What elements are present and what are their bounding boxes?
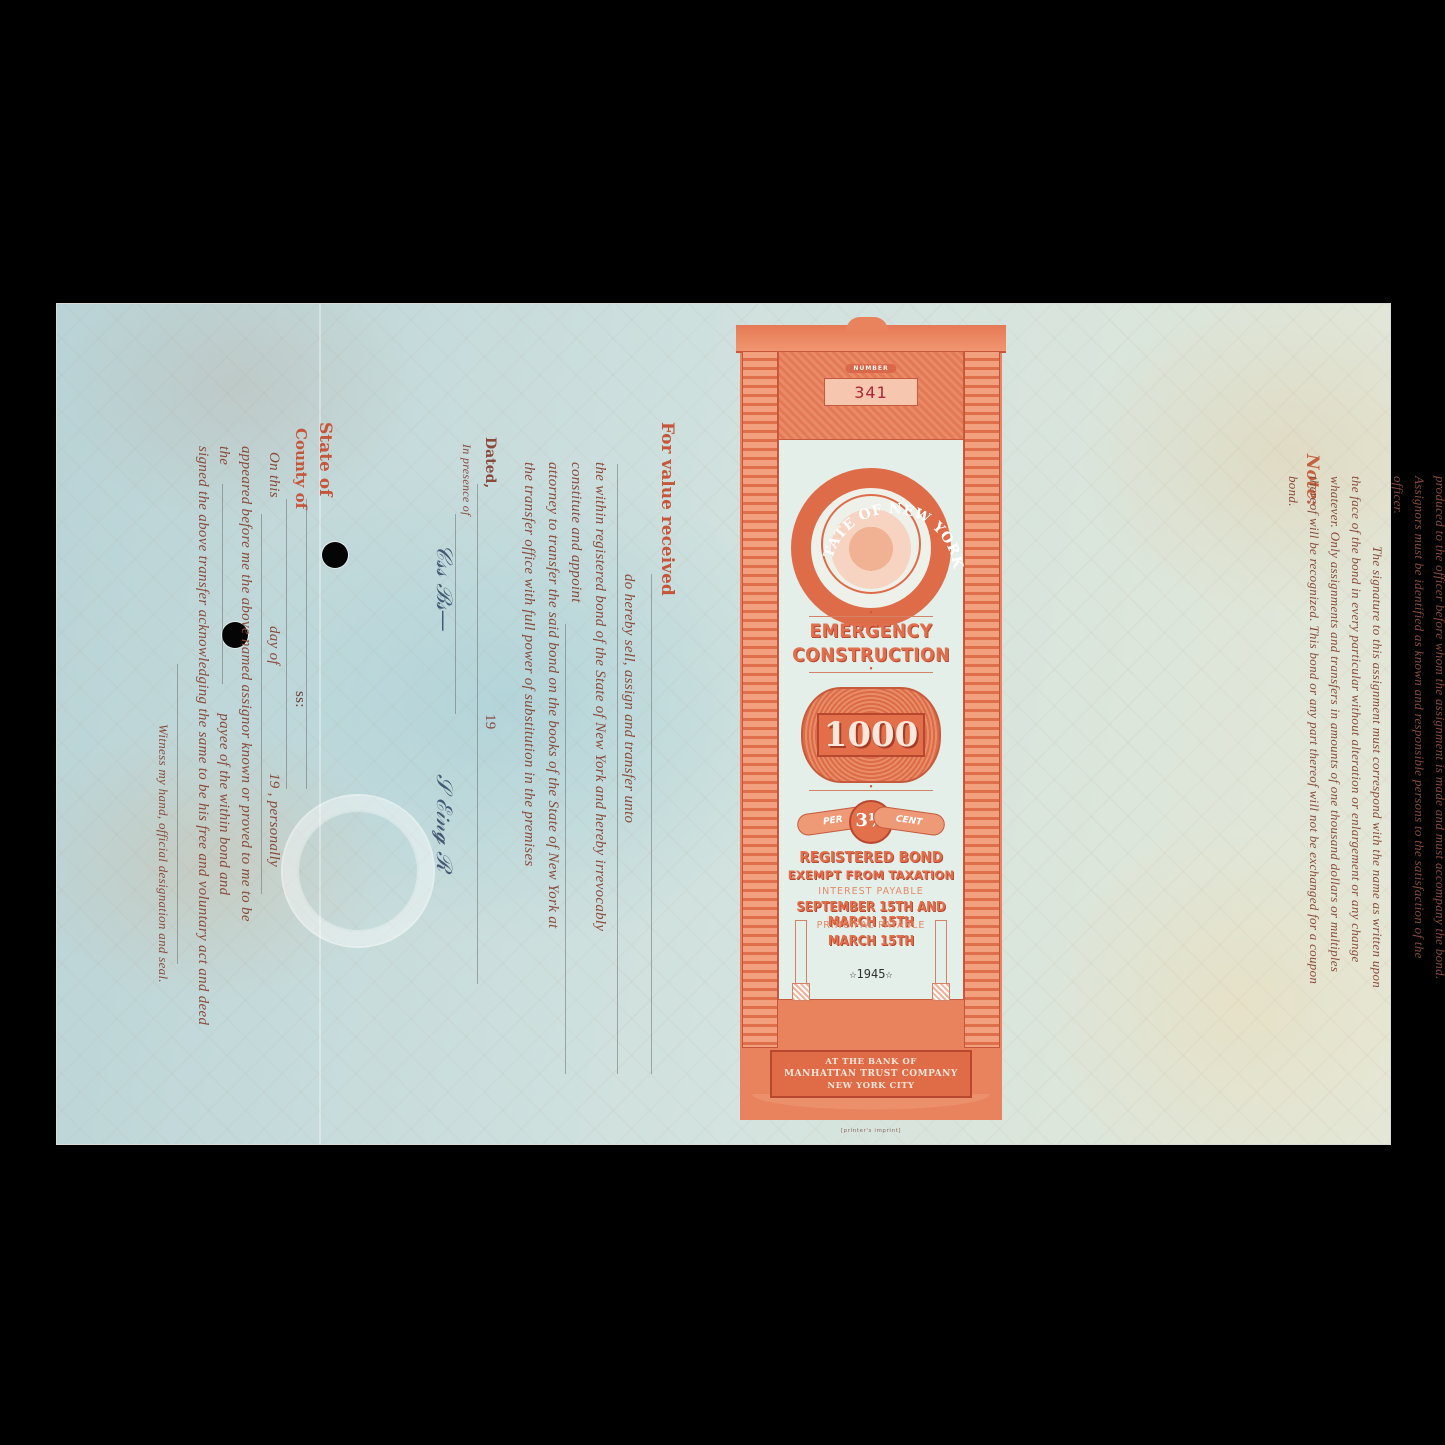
ack-line-2: appeared before me the above named assig… <box>237 446 254 922</box>
denomination: 1000 <box>817 713 925 757</box>
ack-capacity-line[interactable] <box>222 484 223 684</box>
assignment-line-2: the within registered bond of the State … <box>591 462 608 931</box>
assignment-line-5: the transfer office with full power of s… <box>520 462 537 867</box>
notary-signature-line[interactable] <box>177 664 178 964</box>
dated-label: Dated, <box>482 437 498 488</box>
assignor-name-line[interactable] <box>651 574 652 1074</box>
ack-line-1: On this day of 19 , personally <box>265 452 282 867</box>
note-para-1: In the acknowledgment of this assignment… <box>1391 476 1445 980</box>
bank-line-2: MANHATTAN TRUST COMPANY <box>784 1068 958 1080</box>
bond-title-line-2: CONSTRUCTION <box>779 644 963 666</box>
denomination-cartouche: 1000 <box>801 687 941 783</box>
svg-text:STATE OF NEW YORK: STATE OF NEW YORK <box>819 468 965 570</box>
assignment-line-4: attorney to transfer the said bond on th… <box>544 462 561 929</box>
divider <box>809 616 933 617</box>
bond-title-line-1: EMERGENCY <box>779 620 963 642</box>
dated-line[interactable] <box>477 484 478 984</box>
state-field-line[interactable] <box>306 499 307 789</box>
divider <box>809 790 933 791</box>
embossed-notary-seal <box>281 794 435 948</box>
ss-mark: ss: <box>291 691 308 708</box>
vignette-field: STATE OF NEW YORK EMERGENCY CONSTRUCTION… <box>778 439 964 1000</box>
state-of-label: State of <box>315 422 335 496</box>
county-field-line[interactable] <box>286 499 287 789</box>
assignment-heading: For value received <box>657 422 677 596</box>
note-para-2: The signature to this assignment must co… <box>1286 476 1385 988</box>
bank-line-1: AT THE BANK OF <box>825 1056 917 1068</box>
ack-witness-line: Witness my hand, official designation an… <box>155 724 171 983</box>
dated-year-prefix: 19 <box>481 714 498 730</box>
punch-hole <box>322 542 348 568</box>
number-label: NUMBER <box>845 364 896 373</box>
county-of-label: County of <box>292 428 310 509</box>
cornice <box>736 325 1006 353</box>
paying-agent-band: AT THE BANK OF MANHATTAN TRUST COMPANY N… <box>770 1050 972 1098</box>
serial-number: 341 <box>824 378 918 406</box>
interest-rate-band: PER 3½ CENT <box>789 800 953 840</box>
bond-vignette: NUMBER 341 STATE OF NEW YORK EMERGENCY C… <box>740 325 1002 1120</box>
assignee-name-line[interactable] <box>617 464 618 1074</box>
ornamental-pillar-right <box>964 351 1000 1048</box>
ack-date-line[interactable] <box>261 514 262 894</box>
registered-bond-label: REGISTERED BOND <box>779 848 963 866</box>
number-panel: NUMBER 341 <box>778 351 964 441</box>
attorney-name-line[interactable] <box>565 624 566 1074</box>
in-presence-label: In presence of <box>459 444 474 516</box>
witness-signature: 𝒞𝓈𝓈 ℬ𝓈— <box>431 544 456 632</box>
ack-line-4: signed the above transfer acknowledging … <box>194 446 211 1025</box>
tax-exempt-label: EXEMPT FROM TAXATION <box>779 868 963 882</box>
bond-paper: State of County of ss: On this day of 19… <box>56 303 1391 1145</box>
printer-imprint: [printer's imprint] <box>740 1128 1002 1134</box>
bank-line-3: NEW YORK CITY <box>827 1080 914 1092</box>
assignment-line-3: constitute and appoint <box>567 462 584 603</box>
ack-line-3: the payee of the within bond and <box>215 446 232 895</box>
assignor-signature: 𝒮 ℰ𝒾𝓃𝓰 ℛ <box>431 774 456 872</box>
note-body: In the acknowledgment of this assignment… <box>1283 476 1445 1036</box>
state-seal: STATE OF NEW YORK <box>799 450 943 620</box>
divider <box>809 672 933 673</box>
assignment-line-1: do hereby sell, assign and transfer unto <box>620 574 637 823</box>
state-title-arc: STATE OF NEW YORK <box>819 468 965 578</box>
maturity-year: ☆1945☆ <box>779 967 963 981</box>
interest-payable-label: INTEREST PAYABLE <box>779 886 963 897</box>
ornamental-pillar-left <box>742 351 778 1048</box>
